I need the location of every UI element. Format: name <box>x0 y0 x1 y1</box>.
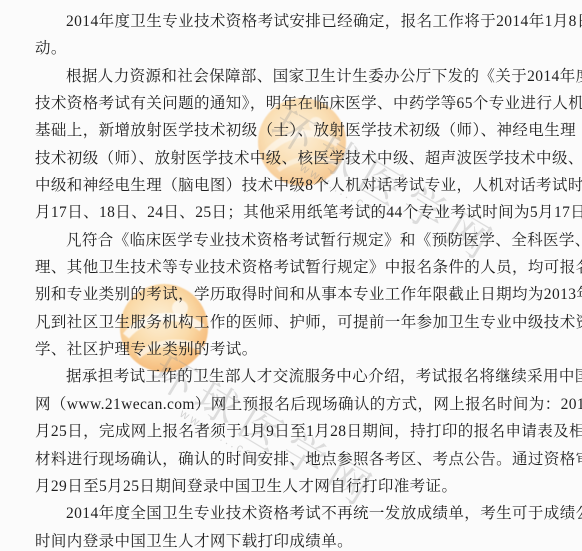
text-line: 凡到社区卫生服务机构工作的医师、护师，可提前一年参加卫生专业中级技术资格的全科医 <box>35 309 557 336</box>
text-line: 月29日至5月25日期间登录中国卫生人才网自行打印准考证。 <box>35 473 557 500</box>
text-line: 时间内登录中国卫生人才网下载打印成绩单。 <box>35 528 557 551</box>
text-line: 月17日、18日、24日、25日；其他采用纸笔考试的44个专业考试时间为5月17… <box>35 199 557 226</box>
text-line: 月25日，完成网上报名者须于1月9日至1月28日期间，持打印的报名申请表及相关的… <box>35 418 557 445</box>
text-line: 学、社区护理专业类别的考试。 <box>35 336 557 363</box>
document-body: 2014年度卫生专业技术资格考试安排已经确定，报名工作将于2014年1月8日全面… <box>35 8 557 551</box>
text-line: 2014年度全国卫生专业技术资格考试不再统一发放成绩单，考生可于成绩公布后在指定 <box>35 500 557 527</box>
text-line: 理、其他卫生技术等专业技术资格考试暂行规定》中报名条件的人员，均可报名参加相应级 <box>35 254 557 281</box>
text-line: 凡符合《临床医学专业技术资格考试暂行规定》和《预防医学、全科医学、药学、护 <box>35 227 557 254</box>
text-line: 根据人力资源和社会保障部、国家卫生计生委办公厅下发的《关于2014年度卫生专业 <box>35 63 557 90</box>
text-line: 基础上，新增放射医学技术初级（士）、放射医学技术初级（师）、神经电生理（脑电图） <box>35 117 557 144</box>
document-page: 环球医学网 www.....com 环球医学网 www.....com 2014… <box>0 0 582 551</box>
text-line: 中级和神经电生理（脑电图）技术中级8个人机对话考试专业，人机对话考试时间为201… <box>35 172 557 199</box>
text-line: 技术资格考试有关问题的通知》，明年在临床医学、中药学等65个专业进行人机对话考试… <box>35 90 557 117</box>
text-line: 技术初级（师）、放射医学技术中级、核医学技术中级、超声波医学技术中级、心电学技术 <box>35 145 557 172</box>
text-line: 动。 <box>35 35 557 62</box>
text-line: 2014年度卫生专业技术资格考试安排已经确定，报名工作将于2014年1月8日全面… <box>35 8 557 35</box>
text-line: 别和专业类别的考试，学历取得时间和从事本专业工作年限截止日期均为2013年12月… <box>35 281 557 308</box>
text-line: 材料进行现场确认，确认的时间安排、地点参照各考区、考点公告。通过资格审核者须在 … <box>35 446 557 473</box>
text-line: 据承担考试工作的卫生部人才交流服务中心介绍，考试报名将继续采用中国卫生人才 <box>35 363 557 390</box>
text-line: 网（www.21wecan.com）网上预报名后现场确认的方式，网上报名时间为：… <box>35 391 557 418</box>
